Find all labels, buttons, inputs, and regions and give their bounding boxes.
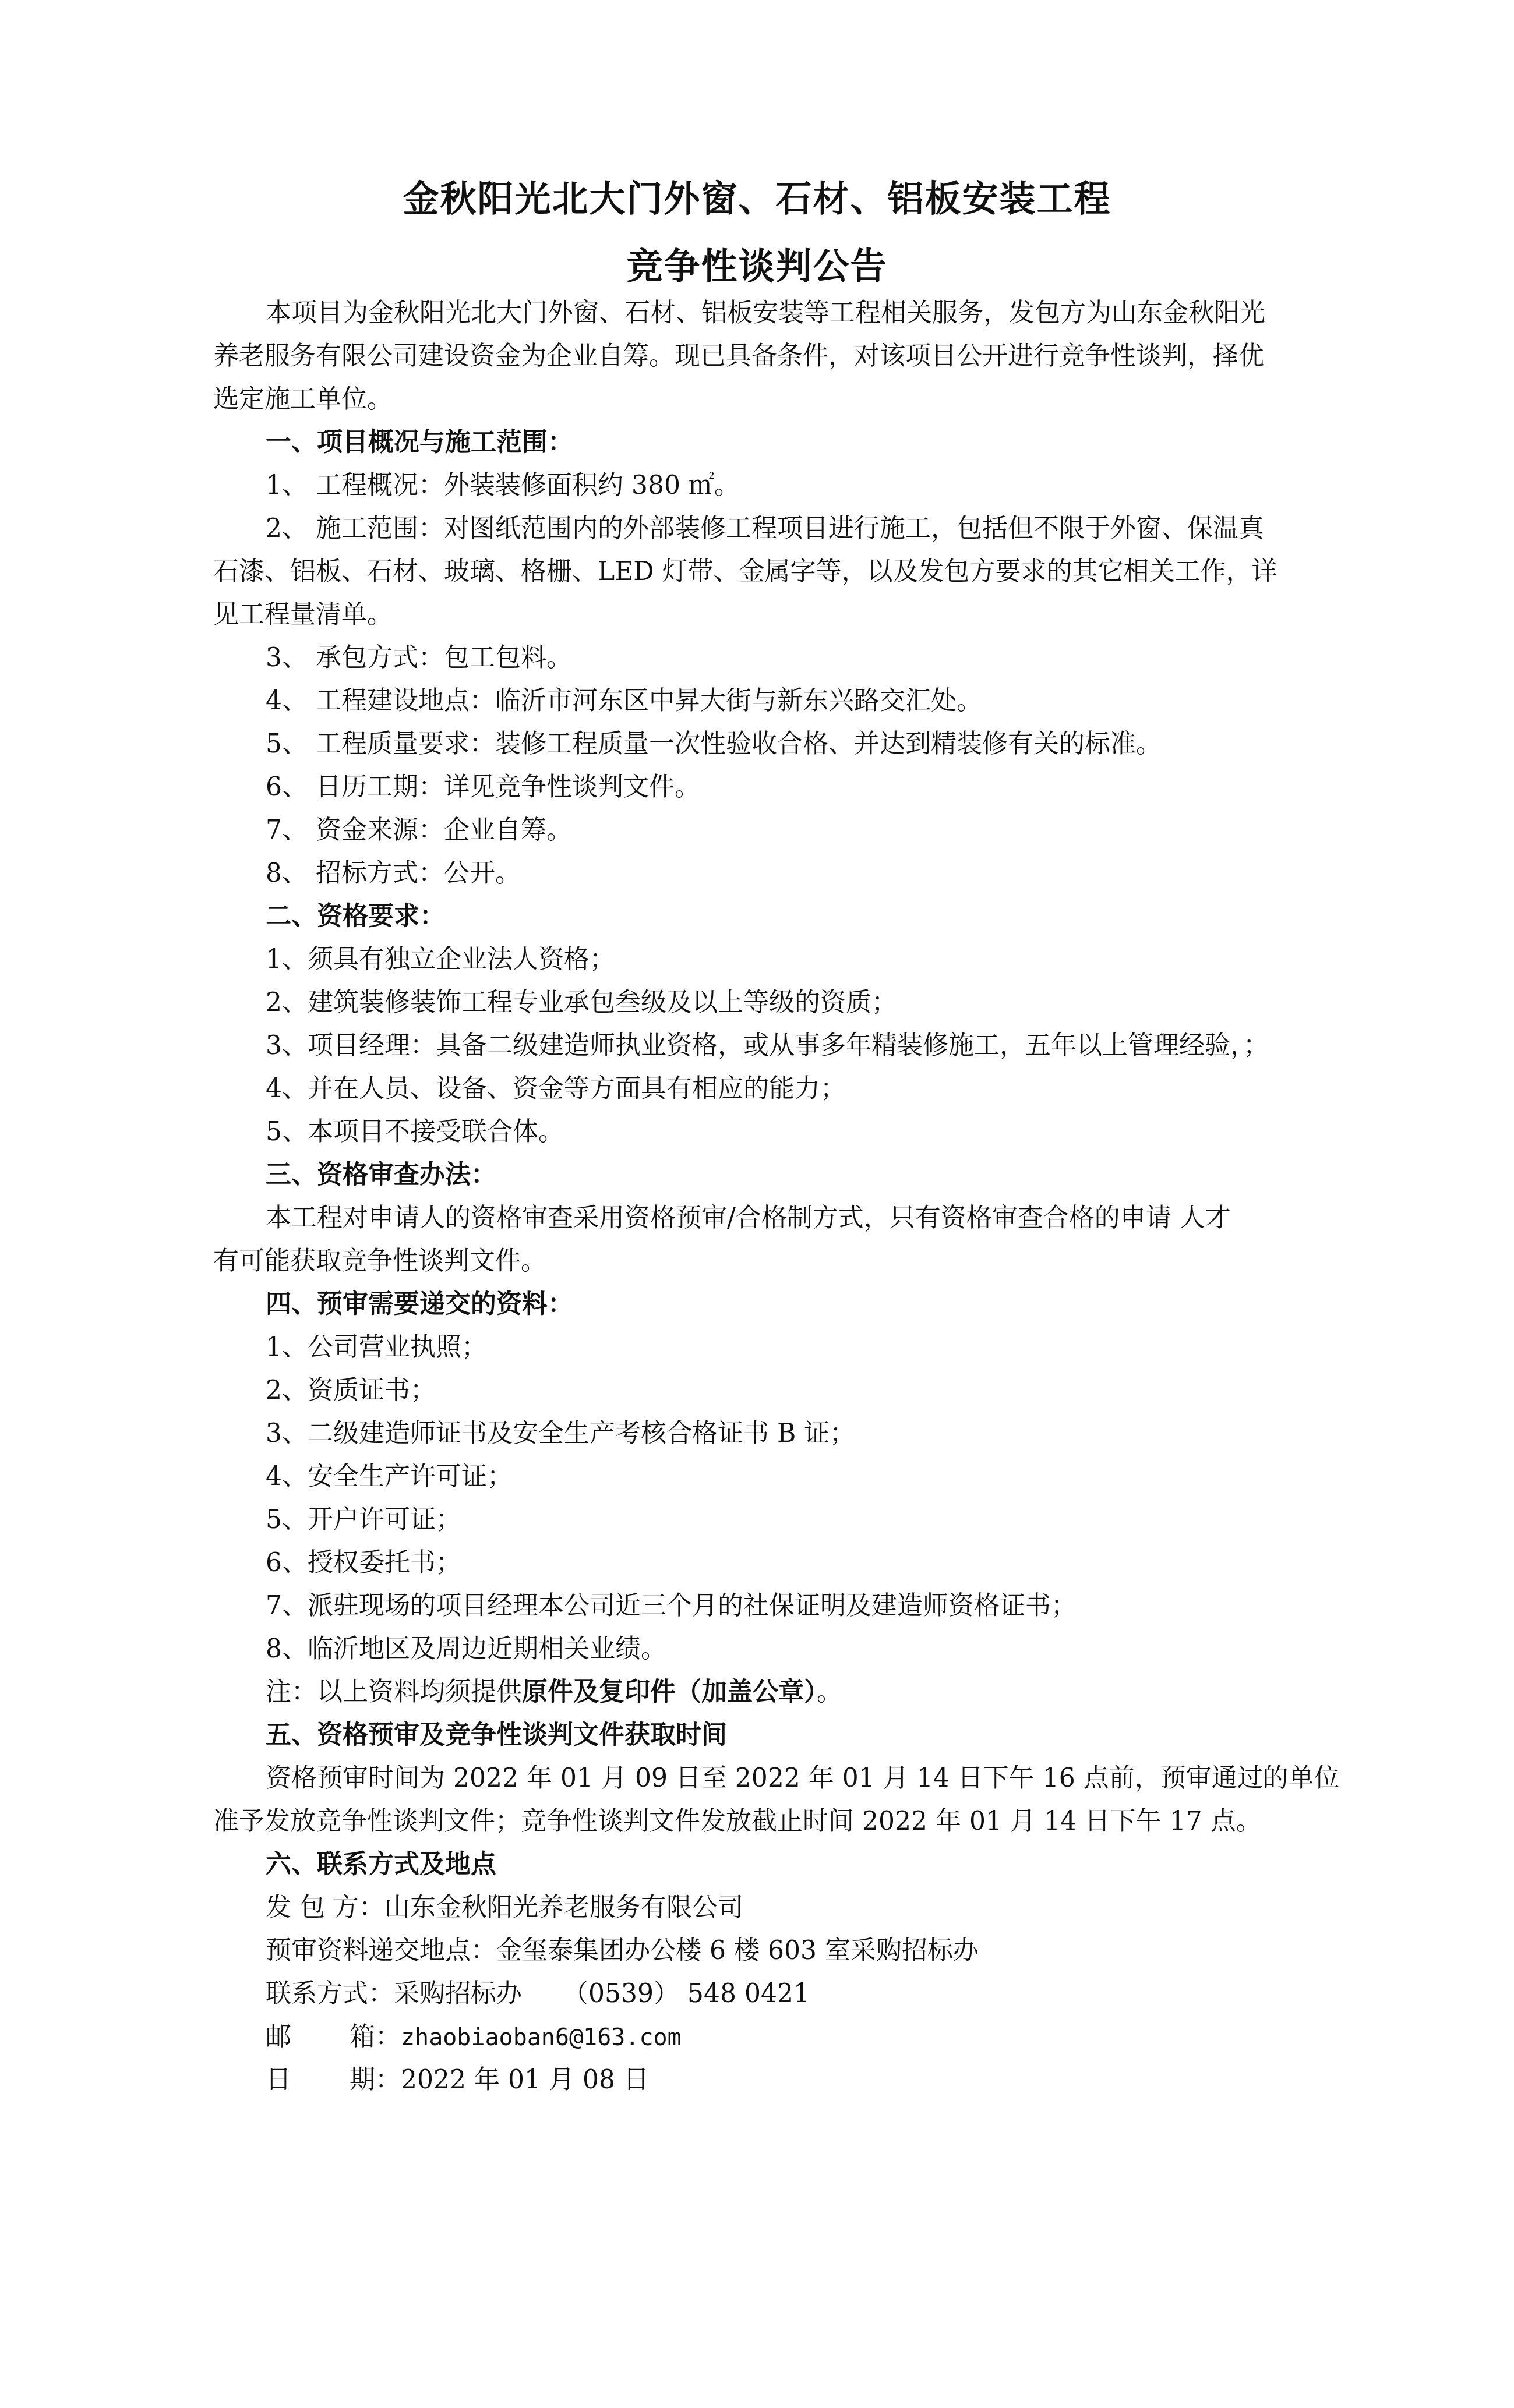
section-1-item-1: 1、 工程概况：外装装修面积约 380 ㎡。 <box>0 471 1514 501</box>
email-label-1: 邮 <box>266 2022 291 2052</box>
date-label-1: 日 <box>266 2065 291 2095</box>
section-5-heading: 五、资格预审及竞争性谈判文件获取时间 <box>0 1720 1514 1751</box>
section-1-item-6: 6、 日历工期：详见竞争性谈判文件。 <box>0 772 1514 802</box>
section-3-line-1: 本工程对申请人的资格审查采用资格预审/合格制方式，只有资格审查合格的申请 人才 <box>0 1203 1514 1233</box>
address-label: 预审资料递交地点： <box>266 1936 496 1965</box>
section-2-item-5: 5、本项目不接受联合体。 <box>0 1117 1514 1147</box>
section-2-item-3: 3、项目经理：具备二级建造师执业资格，或从事多年精装修施工，五年以上管理经验，； <box>0 1031 1514 1061</box>
section-6-heading: 六、联系方式及地点 <box>0 1850 1514 1880</box>
intro-line-3: 选定施工单位。 <box>0 384 1514 415</box>
section-4-item-5: 5、开户许可证； <box>0 1505 1514 1535</box>
section-2-item-2: 2、建筑装修装饰工程专业承包叁级及以上等级的资质； <box>0 988 1514 1018</box>
section-1-item-4: 4、 工程建设地点：临沂市河东区中昇大街与新东兴路交汇处。 <box>0 686 1514 716</box>
intro-line-1: 本项目为金秋阳光北大门外窗、石材、铝板安装等工程相关服务，发包方为山东金秋阳光 <box>0 298 1514 328</box>
date-label-2: 期： <box>350 2065 401 2095</box>
section-4-item-6: 6、授权委托书； <box>0 1548 1514 1578</box>
email-label-2: 箱： <box>350 2022 401 2052</box>
section-4-item-3: 3、二级建造师证书及安全生产考核合格证书 B 证； <box>0 1419 1514 1449</box>
section-4-item-4: 4、安全生产许可证； <box>0 1462 1514 1492</box>
section-5-line-2: 准予发放竞争性谈判文件；竞争性谈判文件发放截止时间 2022 年 01 月 14… <box>0 1806 1514 1837</box>
employer-label: 发 包 方： <box>266 1893 384 1922</box>
phone-number: （0539） 548 0421 <box>563 1979 810 2009</box>
document-page: 金秋阳光北大门外窗、石材、铝板安装工程 竞争性谈判公告 本项目为金秋阳光北大门外… <box>0 0 1514 2408</box>
contact-date-row: 日期：2022 年 01 月 08 日 <box>0 2065 1514 2095</box>
section-3-heading: 三、资格审查办法： <box>0 1160 1514 1190</box>
section-2-item-4: 4、并在人员、设备、资金等方面具有相应的能力； <box>0 1074 1514 1104</box>
section-1-item-2: 2、 施工范围：对图纸范围内的外部装修工程项目进行施工，包括但不限于外窗、保温真 <box>0 514 1514 544</box>
section-1-item-5: 5、 工程质量要求：装修工程质量一次性验收合格、并达到精装修有关的标准。 <box>0 729 1514 759</box>
section-1-item-8: 8、 招标方式：公开。 <box>0 858 1514 889</box>
note-emphasis: 原件及复印件（加盖公章） <box>522 1677 817 1707</box>
document-title-line-1: 金秋阳光北大门外窗、石材、铝板安装工程 <box>0 170 1514 222</box>
section-1-item-3: 3、 承包方式：包工包料。 <box>0 643 1514 673</box>
document-title-line-2: 竞争性谈判公告 <box>0 238 1514 289</box>
employer-value: 山东金秋阳光养老服务有限公司 <box>384 1893 743 1922</box>
contact-value: 采购招标办 <box>394 1979 522 2009</box>
contact-employer: 发 包 方：山东金秋阳光养老服务有限公司 <box>0 1893 1514 1923</box>
contact-label: 联系方式： <box>266 1979 394 2009</box>
note-suffix: 。 <box>817 1677 842 1707</box>
section-4-item-7: 7、派驻现场的项目经理本公司近三个月的社保证明及建造师资格证书； <box>0 1591 1514 1621</box>
section-4-item-2: 2、资质证书； <box>0 1376 1514 1406</box>
date-value: 2022 年 01 月 08 日 <box>401 2065 649 2095</box>
section-1-heading: 一、项目概况与施工范围： <box>0 427 1514 458</box>
section-4-heading: 四、预审需要递交的资料： <box>0 1289 1514 1320</box>
contact-address: 预审资料递交地点：金玺泰集团办公楼 6 楼 603 室采购招标办 <box>0 1936 1514 1966</box>
email-value[interactable]: zhaobiaoban6@163.com <box>401 2024 682 2051</box>
section-4-item-8: 8、临沂地区及周边近期相关业绩。 <box>0 1634 1514 1664</box>
note-prefix: 注：以上资料均须提供 <box>266 1677 522 1707</box>
contact-phone-row: 联系方式：采购招标办（0539） 548 0421 <box>0 1979 1514 2009</box>
contact-email-row: 邮箱：zhaobiaoban6@163.com <box>0 2022 1514 2053</box>
section-1-item-2-continued-2: 见工程量清单。 <box>0 600 1514 630</box>
section-2-heading: 二、资格要求： <box>0 901 1514 932</box>
section-2-item-1: 1、须具有独立企业法人资格； <box>0 945 1514 975</box>
section-1-item-7: 7、 资金来源：企业自筹。 <box>0 815 1514 846</box>
section-4-note: 注：以上资料均须提供原件及复印件（加盖公章）。 <box>0 1677 1514 1707</box>
address-value: 金玺泰集团办公楼 6 楼 603 室采购招标办 <box>496 1936 979 1965</box>
section-3-line-2: 有可能获取竞争性谈判文件。 <box>0 1246 1514 1277</box>
section-4-item-1: 1、公司营业执照； <box>0 1332 1514 1363</box>
section-5-line-1: 资格预审时间为 2022 年 01 月 09 日至 2022 年 01 月 14… <box>0 1763 1514 1794</box>
intro-line-2: 养老服务有限公司建设资金为企业自筹。现已具备条件，对该项目公开进行竞争性谈判，择… <box>0 341 1514 372</box>
section-1-item-2-continued-1: 石漆、铝板、石材、玻璃、格栅、LED 灯带、金属字等，以及发包方要求的其它相关工… <box>0 557 1514 587</box>
